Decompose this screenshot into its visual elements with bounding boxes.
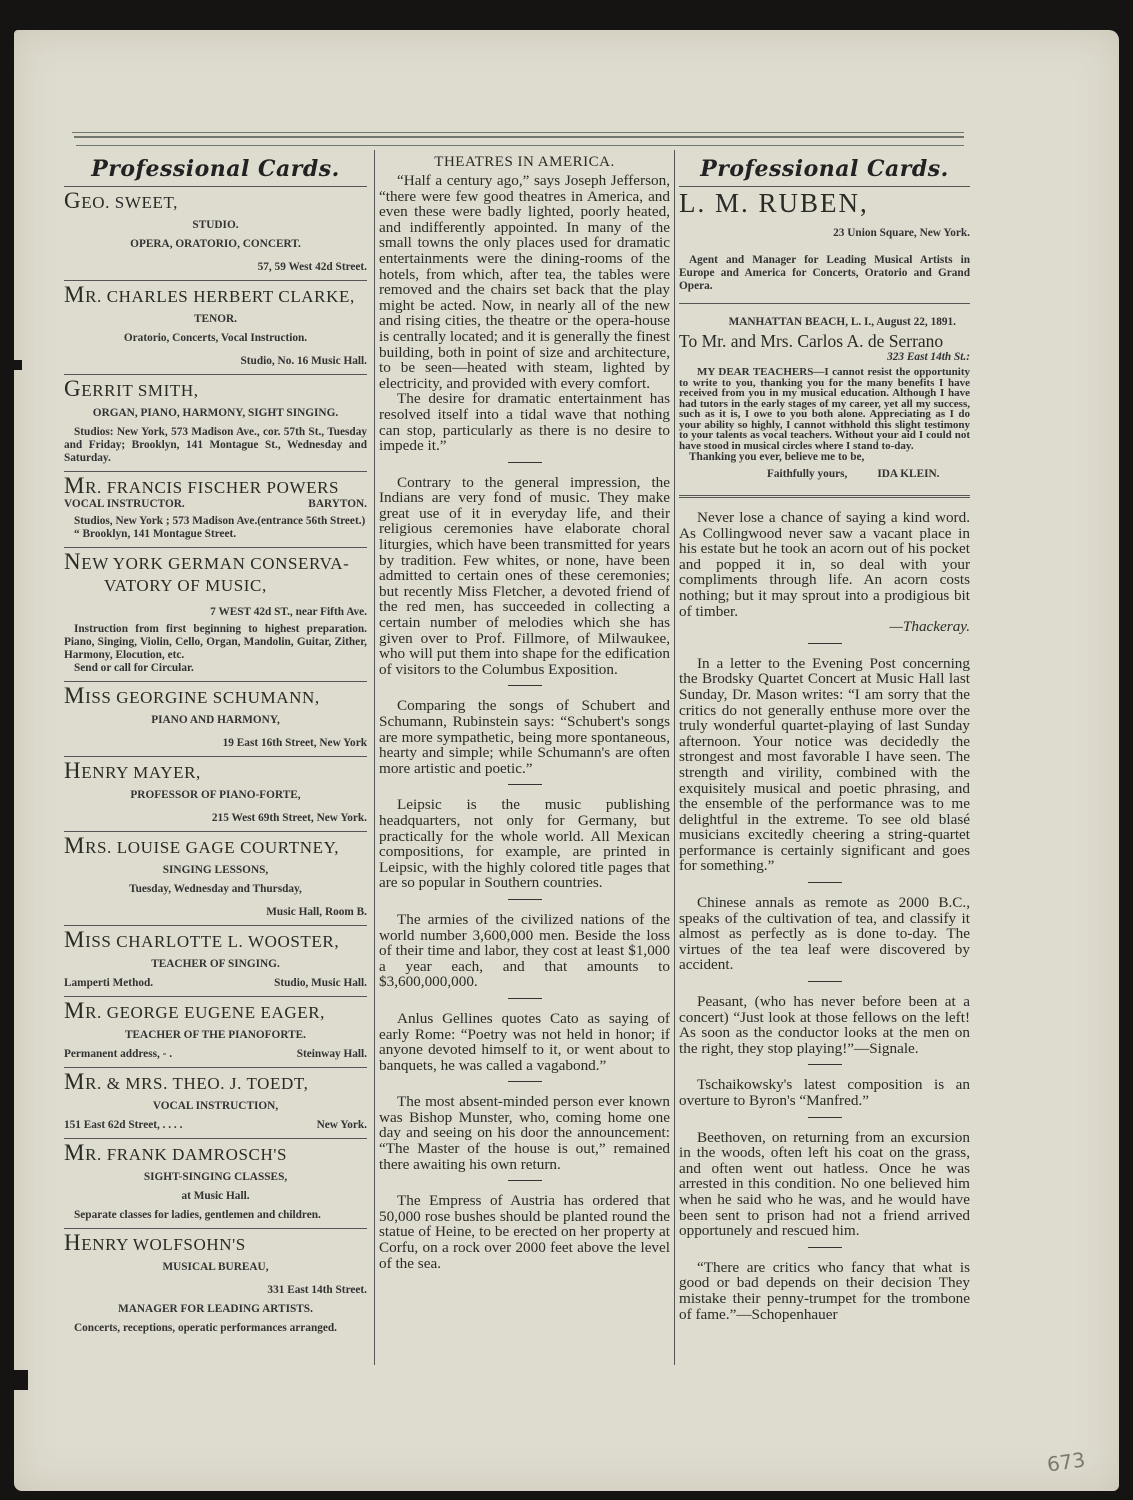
article-title: THEATRES IN AMERICA. xyxy=(379,154,670,171)
card-body: Studios: New York, 573 Madison Ave., cor… xyxy=(64,426,367,465)
card-address: 215 West 69th Street, New York. xyxy=(64,812,367,825)
divider xyxy=(64,831,367,832)
card-line: SINGING LESSONS, xyxy=(64,864,367,877)
card-body: Instruction from first beginning to high… xyxy=(64,623,367,662)
divider xyxy=(508,998,542,999)
card-detail-row: 151 East 62d Street, . . . .New York. xyxy=(64,1119,367,1132)
article-paragraph: The desire for dramatic entertainment ha… xyxy=(379,391,670,453)
divider xyxy=(808,643,842,644)
card-address: 23 Union Square, New York. xyxy=(679,227,970,240)
card-name: MISS CHARLOTTE L. WOOSTER, xyxy=(64,930,367,952)
card-line: SIGHT-SINGING CLASSES, xyxy=(64,1171,367,1184)
divider xyxy=(64,756,367,757)
card-line: VOCAL INSTRUCTION, xyxy=(64,1100,367,1113)
divider xyxy=(508,685,542,686)
column-divider xyxy=(374,150,375,1365)
letter-body: I cannot resist the opportunity to write… xyxy=(679,366,970,452)
card-body: Separate classes for ladies, gentlemen a… xyxy=(64,1209,367,1222)
divider xyxy=(508,1081,542,1082)
divider xyxy=(508,899,542,900)
professional-card: NEW YORK GERMAN CONSERVA-VATORY OF MUSIC… xyxy=(64,552,367,675)
divider xyxy=(64,996,367,997)
article-paragraph: The armies of the civilized nations of t… xyxy=(379,912,670,990)
card-name: MRS. LOUISE GAGE COURTNEY, xyxy=(64,836,367,858)
professional-card: HENRY MAYER,PROFESSOR OF PIANO-FORTE,215… xyxy=(64,761,367,825)
professional-card: HENRY WOLFSOHN'SMUSICAL BUREAU,331 East … xyxy=(64,1233,367,1335)
divider xyxy=(808,981,842,982)
top-rule xyxy=(72,132,964,133)
professional-card: GEO. SWEET,STUDIO.OPERA, ORATORIO, CONCE… xyxy=(64,191,367,274)
professional-card: MRS. LOUISE GAGE COURTNEY,SINGING LESSON… xyxy=(64,836,367,919)
card-detail-row: Permanent address, - .Steinway Hall. xyxy=(64,1048,367,1061)
professional-card: MR. CHARLES HERBERT CLARKE,TENOR.Oratori… xyxy=(64,285,367,368)
article-paragraph: The most absent-minded person ever known… xyxy=(379,1094,670,1172)
divider xyxy=(808,1064,842,1065)
letter-recipient: To Mr. and Mrs. Carlos A. de Serrano xyxy=(679,331,970,351)
article-paragraph: Tschaikowsky's latest composition is an … xyxy=(679,1077,970,1108)
divider xyxy=(64,681,367,682)
letter-signature: IDA KLEIN. xyxy=(877,468,939,481)
professional-card: MR. GEORGE EUGENE EAGER,TEACHER OF THE P… xyxy=(64,1001,367,1061)
letter-closing: Thanking you ever, believe me to be, xyxy=(689,451,970,464)
card-name: MR. FRANK DAMROSCH'S xyxy=(64,1143,367,1165)
paper-tear xyxy=(14,1370,28,1390)
card-name: HENRY MAYER, xyxy=(64,761,367,783)
card-address: 331 East 14th Street. xyxy=(64,1284,367,1297)
card-line: MANAGER FOR LEADING ARTISTS. xyxy=(64,1303,367,1316)
divider xyxy=(808,1117,842,1118)
card-body: Studios, New York ; 573 Madison Ave.(ent… xyxy=(64,515,367,528)
divider xyxy=(64,280,367,281)
card-detail-row: VOCAL INSTRUCTOR.BARYTON. xyxy=(64,498,367,511)
article-paragraph: “Half a century ago,” says Joseph Jeffer… xyxy=(379,173,670,391)
letter-dateline: MANHATTAN BEACH, L. I., August 22, 1891. xyxy=(679,316,956,329)
article-paragraph: Chinese annals as remote as 2000 B.C., s… xyxy=(679,895,970,973)
section-header: Professional Cards. xyxy=(64,156,367,182)
paper-tear xyxy=(14,360,22,370)
card-name: MR. CHARLES HERBERT CLARKE, xyxy=(64,285,367,307)
card-line: OPERA, ORATORIO, CONCERT. xyxy=(64,238,367,251)
card-body: Send or call for Circular. xyxy=(64,662,367,675)
card-address: Studio, No. 16 Music Hall. xyxy=(64,355,367,368)
divider xyxy=(64,374,367,375)
divider xyxy=(64,1228,367,1229)
divider xyxy=(508,1180,542,1181)
card-line: Tuesday, Wednesday and Thursday, xyxy=(64,883,367,896)
article-paragraph: Leipsic is the music publishing headquar… xyxy=(379,797,670,891)
card-line: TEACHER OF SINGING. xyxy=(64,958,367,971)
divider xyxy=(64,547,367,548)
article-paragraph: The Empress of Austria has ordered that … xyxy=(379,1193,670,1271)
article-paragraph: Peasant, (who has never before been at a… xyxy=(679,994,970,1056)
card-line: ORGAN, PIANO, HARMONY, SIGHT SINGING. xyxy=(64,407,367,420)
card-name: MR. FRANCIS FISCHER POWERS xyxy=(64,476,367,498)
section-header: Professional Cards. xyxy=(679,156,970,182)
card-name: MR. GEORGE EUGENE EAGER, xyxy=(64,1001,367,1023)
card-address: Music Hall, Room B. xyxy=(64,906,367,919)
card-detail-row: Lamperti Method.Studio, Music Hall. xyxy=(64,977,367,990)
card-address: 19 East 16th Street, New York xyxy=(64,737,367,750)
professional-card: GERRIT SMITH,ORGAN, PIANO, HARMONY, SIGH… xyxy=(64,379,367,465)
top-rule-lower xyxy=(76,145,964,146)
article-paragraph: Never lose a chance of saying a kind wor… xyxy=(679,510,970,619)
card-name: GEO. SWEET, xyxy=(64,191,367,213)
card-line: MUSICAL BUREAU, xyxy=(64,1261,367,1274)
professional-card: MR. FRANK DAMROSCH'SSIGHT-SINGING CLASSE… xyxy=(64,1143,367,1222)
card-address: 57, 59 West 42d Street. xyxy=(64,261,367,274)
card-address: 7 WEST 42d ST., near Fifth Ave. xyxy=(64,606,367,619)
top-rule-double xyxy=(74,136,964,138)
divider xyxy=(508,462,542,463)
professional-card: MR. FRANCIS FISCHER POWERSVOCAL INSTRUCT… xyxy=(64,476,367,541)
letter-valediction: Faithfully yours, xyxy=(767,468,847,481)
divider xyxy=(64,471,367,472)
article-paragraph: In a letter to the Evening Post concerni… xyxy=(679,656,970,874)
professional-card: MISS GEORGINE SCHUMANN,PIANO AND HARMONY… xyxy=(64,686,367,750)
card-name: HENRY WOLFSOHN'S xyxy=(64,1233,367,1255)
professional-card: MR. & MRS. THEO. J. TOEDT,VOCAL INSTRUCT… xyxy=(64,1072,367,1132)
card-body: “ Brooklyn, 141 Montague Street. xyxy=(64,528,367,541)
article-paragraph: Contrary to the general impression, the … xyxy=(379,475,670,678)
divider xyxy=(64,1138,367,1139)
column-professional-cards-left: Professional Cards. GEO. SWEET,STUDIO.OP… xyxy=(64,150,367,1341)
card-name: MISS GEORGINE SCHUMANN, xyxy=(64,686,367,708)
article-paragraph: “There are critics who fancy that what i… xyxy=(679,1260,970,1322)
attribution: —Thackeray. xyxy=(679,619,970,635)
card-line: PIANO AND HARMONY, xyxy=(64,714,367,727)
column-professional-cards-right: Professional Cards. L. M. RUBEN, 23 Unio… xyxy=(679,150,970,1322)
professional-card: MISS CHARLOTTE L. WOOSTER,TEACHER OF SIN… xyxy=(64,930,367,990)
letter-address: 323 East 14th St.: xyxy=(679,351,970,364)
article-paragraph: Comparing the songs of Schubert and Schu… xyxy=(379,698,670,776)
card-line: STUDIO. xyxy=(64,219,367,232)
article-paragraph: Beethoven, on returning from an excursio… xyxy=(679,1130,970,1239)
article-paragraph: Anlus Gellines quotes Cato as saying of … xyxy=(379,1011,670,1073)
card-line: PROFESSOR OF PIANO-FORTE, xyxy=(64,789,367,802)
card-line: at Music Hall. xyxy=(64,1190,367,1203)
card-line: TEACHER OF THE PIANOFORTE. xyxy=(64,1029,367,1042)
card-name-line2: VATORY OF MUSIC, xyxy=(64,576,367,596)
divider xyxy=(508,784,542,785)
divider xyxy=(808,882,842,883)
card-body: Agent and Manager for Leading Musical Ar… xyxy=(679,254,970,293)
card-line: TENOR. xyxy=(64,313,367,326)
card-line: Oratorio, Concerts, Vocal Instruction. xyxy=(64,332,367,345)
column-articles-middle: THEATRES IN AMERICA. “Half a century ago… xyxy=(379,150,670,1271)
divider xyxy=(64,1067,367,1068)
card-name: MR. & MRS. THEO. J. TOEDT, xyxy=(64,1072,367,1094)
divider xyxy=(808,1247,842,1248)
column-divider xyxy=(674,150,675,1365)
card-body: Concerts, receptions, operatic performan… xyxy=(64,1322,367,1335)
card-name: L. M. RUBEN, xyxy=(679,193,970,213)
card-name: GERRIT SMITH, xyxy=(64,379,367,401)
divider xyxy=(64,925,367,926)
card-name: NEW YORK GERMAN CONSERVA- xyxy=(64,552,367,574)
